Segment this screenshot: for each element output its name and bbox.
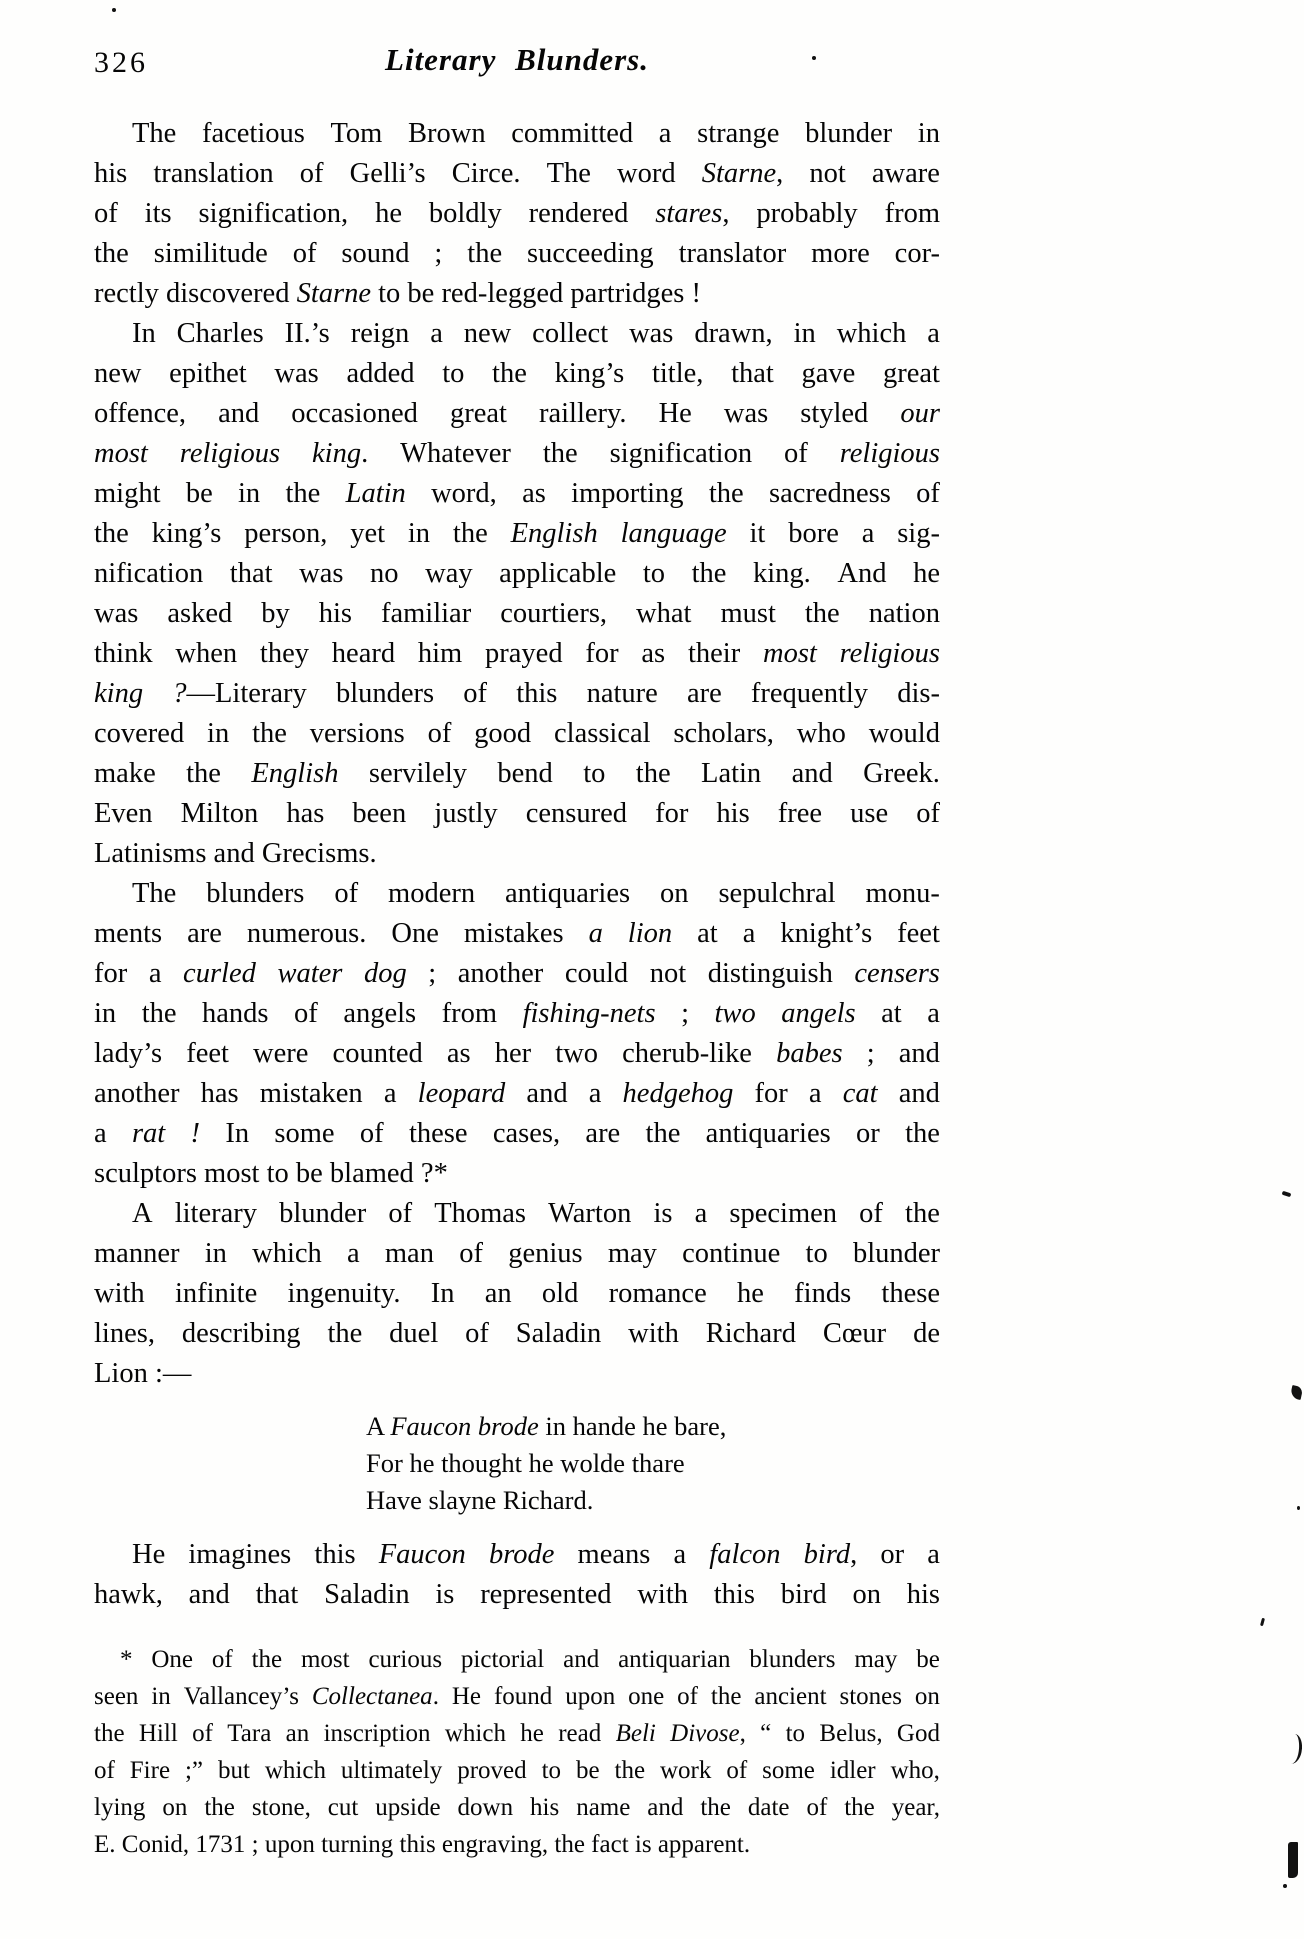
text-line: nificationthatwasnowayapplicabletothekin…	[94, 554, 940, 594]
page-header: 326 Literary Blunders.	[94, 40, 940, 98]
text-line: anotherhasmistakenaleopardandahedgehogfo…	[94, 1074, 940, 1114]
text-line: histranslationofGelli’sCirce.ThewordStar…	[94, 154, 940, 194]
paragraph: ThefacetiousTomBrowncommittedastrangeblu…	[94, 114, 940, 314]
text-line: For he thought he wolde thare	[366, 1445, 940, 1482]
text-line: mostreligiousking.Whateverthesignificati…	[94, 434, 940, 474]
text-line: ofFire;”butwhichultimatelyprovedtobethew…	[94, 1752, 940, 1789]
text-line: coveredintheversionsofgoodclassicalschol…	[94, 714, 940, 754]
text-line: seeninVallancey’sCollectanea.Hefoundupon…	[94, 1678, 940, 1715]
scan-speck	[1288, 1842, 1298, 1878]
page-content: 326 Literary Blunders. ThefacetiousTomBr…	[94, 40, 940, 1863]
text-line: Have slayne Richard.	[366, 1482, 940, 1519]
text-line: thesimilitudeofsound;thesucceedingtransl…	[94, 234, 940, 274]
text-line: rectly discovered Starne to be red-legge…	[94, 274, 940, 314]
scan-speck	[812, 56, 816, 60]
text-line: lines,describingtheduelofSaladinwithRich…	[94, 1314, 940, 1354]
page-body: ThefacetiousTomBrowncommittedastrangeblu…	[94, 114, 940, 1615]
text-line: king?—Literaryblundersofthisnaturearefre…	[94, 674, 940, 714]
text-line: mightbeintheLatinword,asimportingthesacr…	[94, 474, 940, 514]
footnote: *Oneofthemostcuriouspictorialandantiquar…	[94, 1641, 940, 1863]
text-line: Latinisms and Grecisms.	[94, 834, 940, 874]
text-line: mannerinwhichamanofgeniusmaycontinuetobl…	[94, 1234, 940, 1274]
text-line: theHillofTaraaninscriptionwhichhereadBel…	[94, 1715, 940, 1752]
text-line: offence,andoccasionedgreatraillery.Hewas…	[94, 394, 940, 434]
paragraph: Theblundersofmodernantiquariesonsepulchr…	[94, 874, 940, 1194]
text-line: A Faucon brode in hande he bare,	[366, 1408, 940, 1445]
paragraph: InCharlesII.’sreignanewcollectwasdrawn,i…	[94, 314, 940, 874]
scan-speck	[1290, 1734, 1303, 1765]
book-page: 326 Literary Blunders. ThefacetiousTomBr…	[0, 0, 1304, 1939]
text-line: arat!Insomeofthesecases,aretheantiquarie…	[94, 1114, 940, 1154]
text-line: mentsarenumerous.Onemistakesalionataknig…	[94, 914, 940, 954]
text-line: lyingonthestone,cutupsidedownhisnameandt…	[94, 1789, 940, 1826]
text-line: ThefacetiousTomBrowncommittedastrangeblu…	[94, 114, 940, 154]
text-line: HeimaginesthisFauconbrodemeansafalconbir…	[94, 1535, 940, 1575]
text-line: AliteraryblunderofThomasWartonisaspecime…	[94, 1194, 940, 1234]
text-line: withinfiniteingenuity.Inanoldromancehefi…	[94, 1274, 940, 1314]
scan-speck	[1260, 1618, 1265, 1627]
paragraph: HeimaginesthisFauconbrodemeansafalconbir…	[94, 1535, 940, 1615]
text-line: maketheEnglishservilelybendtotheLatinand…	[94, 754, 940, 794]
text-line: newepithetwasaddedtotheking’stitle,thatg…	[94, 354, 940, 394]
text-line: theking’sperson,yetintheEnglishlanguagei…	[94, 514, 940, 554]
text-line: E. Conid, 1731 ; upon turning this engra…	[94, 1826, 940, 1863]
text-line: *Oneofthemostcuriouspictorialandantiquar…	[94, 1641, 940, 1678]
text-line: EvenMiltonhasbeenjustlycensuredforhisfre…	[94, 794, 940, 834]
running-title: Literary Blunders.	[94, 42, 940, 78]
text-line: wasaskedbyhisfamiliarcourtiers,whatmustt…	[94, 594, 940, 634]
text-line: hawk,andthatSaladinisrepresentedwiththis…	[94, 1575, 940, 1615]
scan-speck	[1290, 1385, 1303, 1400]
scan-speck	[112, 8, 116, 12]
text-line: thinkwhentheyheardhimprayedforastheirmos…	[94, 634, 940, 674]
scan-speck	[1282, 1191, 1292, 1198]
text-line: lady’sfeetwerecountedashertwocherub-like…	[94, 1034, 940, 1074]
paragraph: AliteraryblunderofThomasWartonisaspecime…	[94, 1194, 940, 1394]
text-line: Theblundersofmodernantiquariesonsepulchr…	[94, 874, 940, 914]
text-line: ofitssignification,heboldlyrenderedstare…	[94, 194, 940, 234]
text-line: Lion :—	[94, 1354, 940, 1394]
scan-speck	[1283, 1884, 1287, 1888]
text-line: foracurledwaterdog;anothercouldnotdistin…	[94, 954, 940, 994]
text-line: inthehandsofangelsfromfishing-nets;twoan…	[94, 994, 940, 1034]
text-line: InCharlesII.’sreignanewcollectwasdrawn,i…	[94, 314, 940, 354]
text-line: sculptors most to be blamed ?*	[94, 1154, 940, 1194]
verse-block: A Faucon brode in hande he bare,For he t…	[366, 1408, 940, 1519]
scan-speck	[1297, 1506, 1300, 1510]
